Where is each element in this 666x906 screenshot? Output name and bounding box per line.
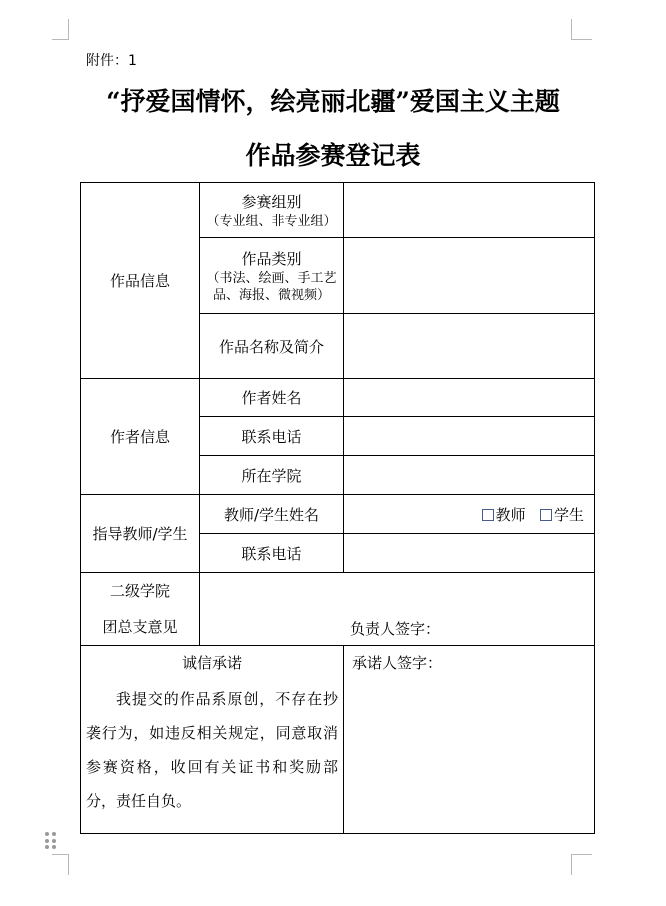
attachment-label: 附件：1 bbox=[86, 50, 137, 70]
page-corner-marker bbox=[52, 854, 69, 875]
input-category-group[interactable] bbox=[344, 183, 595, 238]
responsible-signature-label: 负责人签字： bbox=[350, 620, 440, 638]
registration-form-table: 作品信息 参赛组别 （专业组、非专业组） 作品类别 （书法、绘画、手工艺品、海报… bbox=[80, 182, 595, 834]
label-author-phone: 联系电话 bbox=[200, 417, 344, 456]
input-work-type[interactable] bbox=[344, 238, 595, 314]
checkbox-teacher[interactable] bbox=[482, 509, 494, 521]
document-title: “抒爱国情怀，绘亮丽北疆”爱国主义主题 bbox=[0, 82, 666, 118]
label-category-group: 参赛组别 （专业组、非专业组） bbox=[200, 183, 344, 238]
input-advisor-name[interactable]: 教师 学生 bbox=[344, 495, 595, 534]
hint-text: （书法、绘画、手工艺品、海报、微视频） bbox=[204, 270, 339, 304]
label-college-opinion: 二级学院 团总支意见 bbox=[81, 573, 200, 646]
hint-text: （专业组、非专业组） bbox=[204, 213, 339, 230]
label-text: 作品类别 bbox=[204, 248, 339, 270]
pledge-heading: 诚信承诺 bbox=[86, 650, 338, 676]
label-text: 参赛组别 bbox=[204, 191, 339, 213]
page-corner-marker bbox=[52, 19, 69, 40]
input-author-college[interactable] bbox=[344, 456, 595, 495]
input-author-phone[interactable] bbox=[344, 417, 595, 456]
label-work-type: 作品类别 （书法、绘画、手工艺品、海报、微视频） bbox=[200, 238, 344, 314]
option-student-label: 学生 bbox=[554, 506, 584, 524]
label-author-name: 作者姓名 bbox=[200, 379, 344, 417]
document-subtitle: 作品参赛登记表 bbox=[0, 136, 666, 172]
section-author-info: 作者信息 bbox=[81, 379, 200, 495]
input-work-title[interactable] bbox=[344, 314, 595, 379]
page-corner-marker bbox=[571, 19, 592, 40]
label-line: 团总支意见 bbox=[85, 609, 195, 645]
pledge-signature-field[interactable]: 承诺人签字： bbox=[344, 646, 595, 834]
section-work-info: 作品信息 bbox=[81, 183, 200, 379]
label-author-college: 所在学院 bbox=[200, 456, 344, 495]
label-line: 二级学院 bbox=[85, 573, 195, 609]
pledger-signature-label: 承诺人签字： bbox=[352, 654, 442, 672]
label-advisor-phone: 联系电话 bbox=[200, 534, 344, 573]
section-advisor: 指导教师/学生 bbox=[81, 495, 200, 573]
input-advisor-phone[interactable] bbox=[344, 534, 595, 573]
table-drag-handle-icon[interactable] bbox=[45, 832, 57, 850]
integrity-pledge: 诚信承诺 我提交的作品系原创，不存在抄袭行为，如违反相关规定，同意取消参赛资格，… bbox=[81, 646, 344, 834]
label-work-title: 作品名称及简介 bbox=[200, 314, 344, 379]
checkbox-student[interactable] bbox=[540, 509, 552, 521]
college-opinion-field[interactable]: 负责人签字： bbox=[200, 573, 595, 646]
input-author-name[interactable] bbox=[344, 379, 595, 417]
pledge-text: 我提交的作品系原创，不存在抄袭行为，如违反相关规定，同意取消参赛资格，收回有关证… bbox=[86, 682, 338, 818]
label-advisor-name: 教师/学生姓名 bbox=[200, 495, 344, 534]
option-teacher-label: 教师 bbox=[496, 506, 526, 524]
page-corner-marker bbox=[571, 854, 592, 875]
